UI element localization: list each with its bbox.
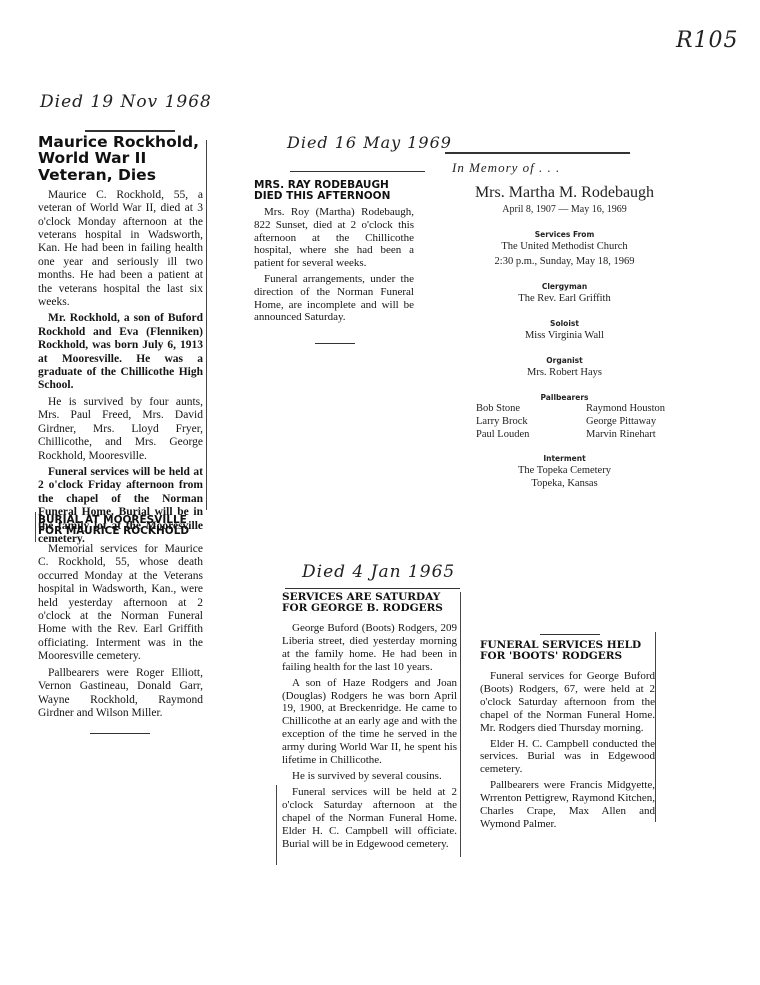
handwritten-date-rockhold: Died 19 Nov 1968 [40, 92, 212, 112]
article-paragraph: Pallbearers were Francis Midgyette, Wrre… [480, 779, 655, 831]
pallbearer-name: Paul Louden [476, 428, 586, 441]
pallbearers-list: Bob Stone Raymond Houston Larry Brock Ge… [476, 402, 677, 441]
headline-line: Veteran, Dies [38, 167, 203, 183]
interment-line: Topeka, Kansas [452, 478, 677, 490]
divider-rule [290, 171, 425, 172]
article-paragraph: He is survived by four aunts, Mrs. Paul … [38, 396, 203, 463]
memorial-intro: In Memory of . . . [452, 160, 677, 176]
clipping-rodgers-obituary: SERVICES ARE SATURDAY FOR GEORGE B. RODG… [282, 592, 457, 853]
column-rule [655, 632, 656, 822]
article-paragraph: A son of Haze Rodgers and Joan (Douglas)… [282, 677, 457, 767]
memorial-name: Mrs. Martha M. Rodebaugh [452, 184, 677, 202]
article-paragraph: Mr. Rockhold, a son of Buford Rockhold a… [38, 312, 203, 392]
section-label: Soloist [452, 319, 677, 328]
section-line: Miss Virginia Wall [452, 328, 677, 343]
article-body: George Buford (Boots) Rodgers, 209 Liber… [282, 622, 457, 850]
article-paragraph: Memorial services for Maurice C. Rockhol… [38, 543, 203, 664]
interment-label: Interment [452, 454, 677, 463]
article-paragraph: Elder H. C. Campbell conducted the servi… [480, 738, 655, 777]
headline-line: Maurice Rockhold, [38, 134, 203, 150]
article-paragraph: Mrs. Roy (Martha) Rodebaugh, 822 Sunset,… [254, 206, 414, 270]
headline-rodgers-obituary: SERVICES ARE SATURDAY FOR GEORGE B. RODG… [282, 592, 457, 614]
headline-rockhold-obituary: Maurice Rockhold, World War II Veteran, … [38, 134, 203, 183]
divider-rule [540, 634, 600, 635]
column-rule [460, 592, 461, 857]
article-paragraph: Funeral services for George Buford (Boot… [480, 670, 655, 735]
section-label: Clergyman [452, 282, 677, 291]
section-line: Mrs. Robert Hays [452, 365, 677, 380]
article-body: Maurice C. Rockhold, 55, a veteran of Wo… [38, 189, 203, 547]
memorial-dates: April 8, 1907 — May 16, 1969 [452, 202, 677, 217]
interment-line: The Topeka Cemetery [452, 463, 677, 478]
section-label: Organist [452, 356, 677, 365]
clipping-rockhold-burial: BURIAL AT MOORESVILLE FOR MAURICE ROCKHO… [38, 515, 203, 723]
article-paragraph: George Buford (Boots) Rodgers, 209 Liber… [282, 622, 457, 674]
section-line: 2:30 p.m., Sunday, May 18, 1969 [452, 254, 677, 269]
divider-rule [90, 733, 150, 734]
headline-rodgers-funeral: FUNERAL SERVICES HELD FOR 'BOOTS' RODGER… [480, 640, 655, 662]
divider-rule [285, 588, 460, 589]
headline-rockhold-burial: BURIAL AT MOORESVILLE FOR MAURICE ROCKHO… [38, 515, 203, 537]
headline-line: DIED THIS AFTERNOON [254, 191, 414, 202]
section-line: The United Methodist Church [452, 239, 677, 254]
handwritten-date-rodebaugh: Died 16 May 1969 [287, 133, 452, 152]
article-paragraph: Funeral services will be held at 2 o'clo… [282, 786, 457, 851]
section-line: The Rev. Earl Griffith [452, 291, 677, 306]
pallbearer-name: Raymond Houston [586, 402, 696, 415]
divider-rule [85, 130, 175, 132]
pallbearer-name: George Pittaway [586, 415, 696, 428]
article-paragraph: He is survived by several cousins. [282, 770, 457, 783]
article-paragraph: Maurice C. Rockhold, 55, a veteran of Wo… [38, 189, 203, 310]
column-rule [276, 785, 277, 865]
article-body: Memorial services for Maurice C. Rockhol… [38, 543, 203, 720]
headline-line: World War II [38, 150, 203, 166]
section-label: Services From [452, 230, 677, 239]
clipping-rodgers-funeral: FUNERAL SERVICES HELD FOR 'BOOTS' RODGER… [480, 640, 655, 834]
headline-line: FOR MAURICE ROCKHOLD [38, 526, 203, 537]
divider-rule [315, 343, 355, 344]
divider-rule [445, 152, 630, 154]
headline-line: FOR GEORGE B. RODGERS [282, 603, 457, 614]
column-rule [35, 512, 36, 542]
page-reference-number: R105 [676, 28, 739, 53]
pallbearer-name: Marvin Rinehart [586, 428, 696, 441]
article-paragraph: Funeral arrangements, under the directio… [254, 273, 414, 324]
article-body: Mrs. Roy (Martha) Rodebaugh, 822 Sunset,… [254, 206, 414, 324]
pallbearer-name: Bob Stone [476, 402, 586, 415]
headline-line: FOR 'BOOTS' RODGERS [480, 651, 655, 662]
pallbearers-label: Pallbearers [452, 393, 677, 402]
clipping-rockhold-obituary: Maurice Rockhold, World War II Veteran, … [38, 134, 203, 549]
memorial-card-rodebaugh: In Memory of . . . Mrs. Martha M. Rodeba… [452, 160, 677, 490]
clipping-rodebaugh-obituary: MRS. RAY RODEBAUGH DIED THIS AFTERNOON M… [254, 180, 414, 327]
article-body: Funeral services for George Buford (Boot… [480, 670, 655, 831]
headline-rodebaugh-obituary: MRS. RAY RODEBAUGH DIED THIS AFTERNOON [254, 180, 414, 202]
article-paragraph: Pallbearers were Roger Elliott, Vernon G… [38, 667, 203, 721]
column-rule [206, 140, 207, 510]
handwritten-date-rodgers: Died 4 Jan 1965 [302, 562, 455, 582]
pallbearer-name: Larry Brock [476, 415, 586, 428]
